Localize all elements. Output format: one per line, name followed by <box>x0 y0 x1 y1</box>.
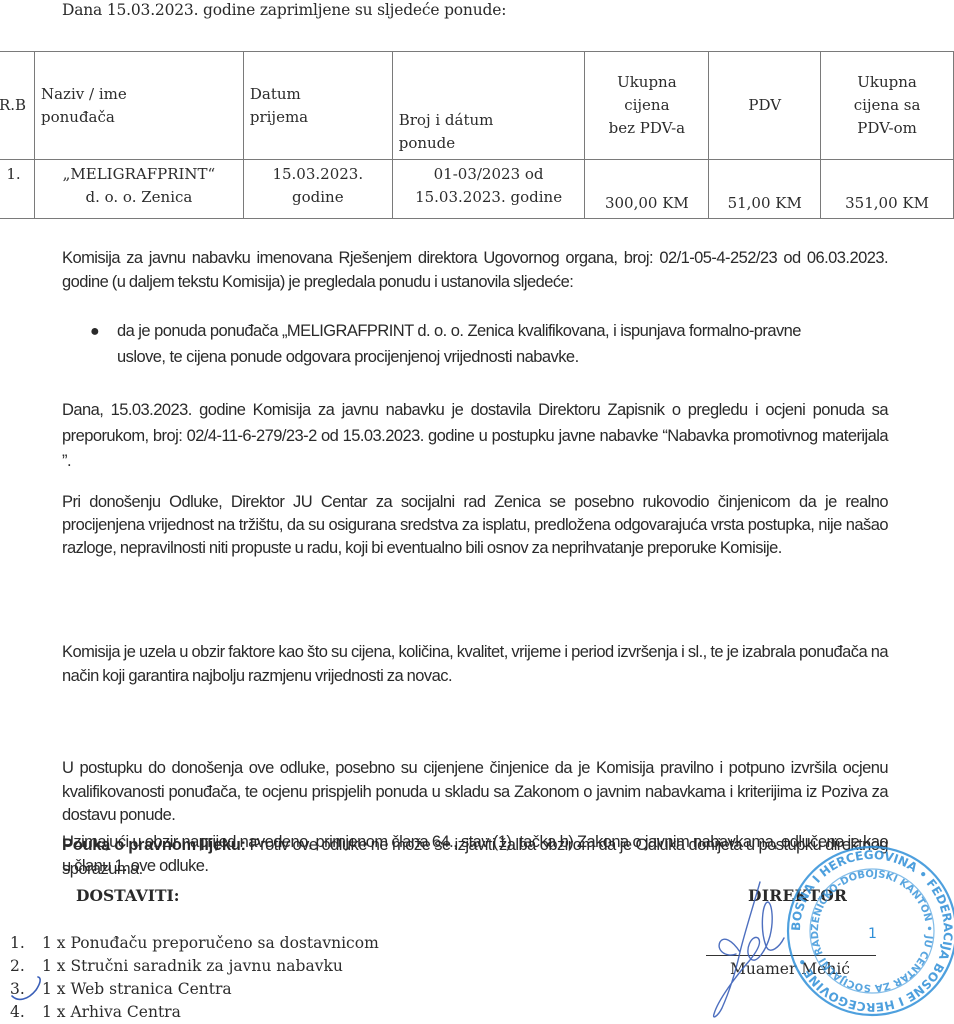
cell-vat: 51,00 KM <box>709 160 821 219</box>
list-item: 3.1 x Web stranica Centra <box>10 978 379 1001</box>
header-vat: PDV <box>709 52 821 160</box>
paragraph-director-decision: Pri donošenju Odluke, Direktor JU Centar… <box>62 491 888 561</box>
distribution-list: 1.1 x Ponuđaču preporučeno sa dostavnico… <box>10 932 379 1024</box>
header-net-price: Ukupna cijena bez PDV-a <box>585 52 709 160</box>
table-row: 1. „MELIGRAFPRINT“ d. o. o. Zenica 15.03… <box>0 160 954 219</box>
paragraph-commission: Komisija za javnu nabavku imenovana Rješ… <box>62 247 888 294</box>
list-item: 1.1 x Ponuđaču preporučeno sa dostavnico… <box>10 932 379 955</box>
list-item: 2.1 x Stručni saradnik za javnu nabavku <box>10 955 379 978</box>
bullet-item: ● da je ponuda ponuđača „MELIGRAFPRINT d… <box>90 319 850 370</box>
paragraph-report: Dana, 15.03.2023. godine Komisija za jav… <box>62 398 888 475</box>
paragraph-procedure: U postupku do donošenja ove odluke, pose… <box>62 757 888 828</box>
legal-remedy-paragraph: Pouka o pravnom lijeku: Protiv ove odluk… <box>62 834 888 881</box>
header-gross-price: Ukupna cijena sa PDV-om <box>821 52 954 160</box>
header-offer-number: Broj i dátum ponude <box>392 52 585 160</box>
table-header-row: R.B Naziv / ime ponuđača Datum prijema B… <box>0 52 954 160</box>
distribution-title: DOSTAVITI: <box>76 886 180 905</box>
cell-bidder-name: „MELIGRAFPRINT“ d. o. o. Zenica <box>34 160 243 219</box>
director-name: Muamer Mehić <box>730 960 850 978</box>
bullet-text: da je ponuda ponuđača „MELIGRAFPRINT d. … <box>117 319 850 370</box>
header-rb: R.B <box>0 52 34 160</box>
intro-text: Dana 15.03.2023. godine zaprimljene su s… <box>62 0 506 20</box>
paragraph-factors: Komisija je uzela u obzir faktore kao št… <box>62 641 888 688</box>
header-bidder-name: Naziv / ime ponuđača <box>34 52 243 160</box>
cell-rb: 1. <box>0 160 34 219</box>
bullet-icon: ● <box>90 319 99 345</box>
stamp-center-mark: 1 <box>868 926 877 942</box>
legal-remedy-label: Pouka o pravnom lijeku: <box>62 836 246 854</box>
list-item: 4.1 x Arhiva Centra <box>10 1001 379 1024</box>
cell-receipt-date: 15.03.2023. godine <box>243 160 392 219</box>
director-title: DIREKTOR <box>748 886 847 905</box>
header-receipt-date: Datum prijema <box>243 52 392 160</box>
signature-line <box>706 955 876 956</box>
cell-gross-price: 351,00 KM <box>821 160 954 219</box>
cell-net-price: 300,00 KM <box>585 160 709 219</box>
cell-offer-number: 01-03/2023 od 15.03.2023. godine <box>392 160 585 219</box>
offers-table: R.B Naziv / ime ponuđača Datum prijema B… <box>0 51 954 219</box>
